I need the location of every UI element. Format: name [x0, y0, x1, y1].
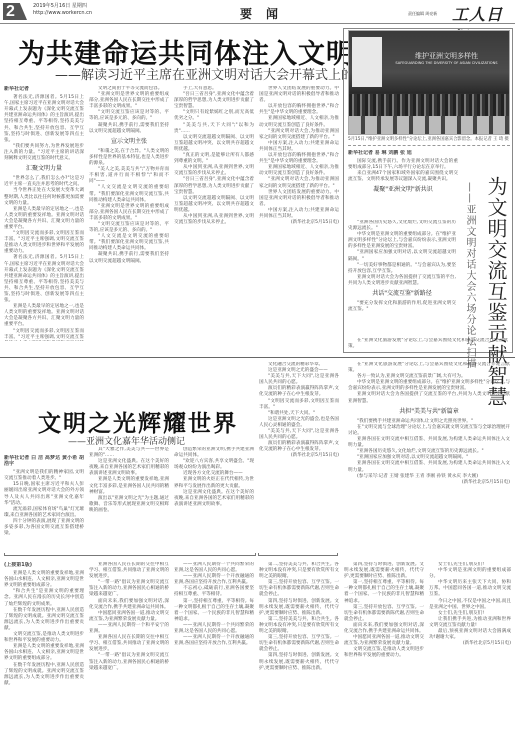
paragraph: 在"亚洲文化旅游发展"分论坛上,与会嘉宾围绕文化和旅游交流合作建言献策。 — [348, 362, 510, 374]
paragraph: 亚洲文明对话大会为各国提供了交流互鉴的平台,共同为人类文明进步贡献亚洲智慧。 — [348, 275, 456, 287]
section-title: 要闻 — [240, 5, 292, 22]
paragraph: 来自亚洲47个国家和域外国家的嘉宾围绕文明交流互鉴、文明传承发展等议题深入交流,… — [348, 171, 458, 183]
second-column-4: 文化融合交流的精彩华章。 这是亚洲文明之光的盛会—— "美美与共,天下大同",这… — [259, 362, 339, 547]
section-heading: 共话"交流互鉴"新路径 — [348, 291, 456, 297]
paragraph: "文明交流互鉴应该是对等的、平等的,应该是多元的、多向的。" — [89, 222, 169, 234]
paragraph: "亚洲文明是世界文明的重要组成部分,亚洲各国人民在长期交往中形成了丰富多彩的文明… — [89, 204, 169, 222]
continuation-column-2: 亚洲各国人民在长期的交往中相互学习、相互借鉴,共同推动了亚洲文明的发展进步。 "… — [89, 562, 169, 744]
paragraph: 在"亚洲文化旅游发展"分论坛上,与会嘉宾围绕文化和旅游交流合作建言献策。 — [348, 338, 508, 350]
paragraph: "亚洲国家应加强文明对话,以文明交流超越文明隔阂。" — [348, 250, 456, 262]
paragraph: 第四,坚持与时俱进、创新发展。文明永续发展,既需要薪火相传、代代守护,更需要顺时… — [259, 653, 339, 671]
paragraph: 不忘初心,砥砺前行,亚洲各国要坚持相互尊重、平等相待。 — [174, 586, 254, 598]
masthead: 2 2019年5月16日 星期四 http://www.workercn.cn … — [0, 0, 515, 24]
paragraph: 最后,预祝亚洲文明对话大会圆满成功!谢谢大家。 — [429, 629, 511, 641]
paragraph: "我们要共同努力,为世界发展进步注入新的力量。"习近平主席的讲话深刻阐释文明交流… — [4, 144, 84, 162]
paragraph: 第二,坚持美美与共、和合共生。各种文明本没有冲突,只是要有欣赏所有文明之美的眼睛… — [259, 562, 339, 580]
second-signature: (新华社北京5月15日电) — [259, 453, 339, 459]
paragraph: "亚洲文明对话大会,为推动亚洲国家之间的文明交流搭建了新的平台。" — [259, 129, 339, 141]
paragraph: "美人之美,美美与共";"万物并育而不相害,道并行而不相悖";"和而不同"—— — [89, 167, 169, 185]
paragraph: "亚洲文明对话大会,为推动亚洲国家之间的文明交流搭建了新的平台。" — [259, 177, 339, 189]
lead-column-4: 世界人文团结发展的重要动力。中国是亚洲文明对话的积极倡导者和推动者。 以开放包容… — [259, 86, 339, 341]
side-article-frame-bottom — [258, 553, 338, 556]
paragraph: 15日晚,国家主席习近平和夫人彭丽媛同出席亚洲文明对话大会的外方领导人及夫人共同… — [4, 482, 84, 506]
news-photo[interactable]: 维护亚洲文明多样性 SAFEGUARDING THE DIVERSITY OF … — [348, 30, 510, 135]
paragraph: 面向未来,我们要加强文明对话,深化交流合作,携手共建亚洲命运共同体。 — [344, 623, 424, 635]
paragraph: 文明交流互鉴,是推动人类文明进步和世界和平发展的重要动力。 — [344, 647, 424, 659]
paragraph: 凝聚共识,携手前行,需要我们坚持以文明交流超越文明隔阂。 — [89, 123, 169, 135]
section-divider — [0, 357, 515, 358]
website-url[interactable]: http://www.workercn.cn — [33, 10, 92, 17]
paragraph: 第三,坚持开放包容、互学互鉴。一切生命有机体都需要新陈代谢,否则生命就会停止。 — [259, 635, 339, 653]
paragraph: 从中国到亚洲,从亚洲到世界,文明交流互鉴的步伐从未停止。 — [174, 165, 254, 177]
paragraph: "吾日三省吾身",亚洲文化中蕴含着深厚的哲学思想,为人类文明进步贡献了宝贵智慧。 — [174, 92, 254, 110]
paragraph: "亚洲各国历史悠久,文化灿烂,文明交流互鉴的历史源远流长。" — [348, 220, 456, 232]
photo-banner-zh: 维护亚洲文明多样性 — [389, 53, 504, 60]
side-byline: 新华社记者 易 琳 刘鹏 张 旭 — [348, 150, 458, 156]
paragraph: 文明交流互鉴,是推动人类文明进步和世界和平发展的重要动力。 — [4, 632, 84, 644]
paragraph: "一切美好事物都是相通的。"与会嘉宾认为,要坚持开放包容,互学互鉴。 — [348, 263, 456, 275]
paragraph: "文明因交流而多彩,文明因互鉴而丰富。" — [259, 399, 339, 411]
continuation-column-4: 第二,坚持美美与共、和合共生。各种文明本没有冲突,只是要有欣赏所有文明之美的眼睛… — [259, 562, 339, 744]
page-number: 2 — [3, 3, 27, 20]
continuation-column-5: 第四,坚持与时俱进、创新发展。文明永续发展,既需要薪火相传、代代守护,更需要顺时… — [344, 562, 424, 744]
paragraph: 中华文明是亚洲文明的重要组成部分。在"维护亚洲文明多样性"分论坛上,与会嘉宾纷纷… — [348, 380, 510, 392]
paragraph: 亚洲文明对话大会为各国提供了交流互鉴的平台,共同为人类文明进步贡献亚洲智慧。 — [348, 392, 510, 404]
lead-signature: (新华社北京5月15日电) — [259, 220, 339, 226]
paragraph: "美美与共,天下大同",这是亚洲各国人民共同的心愿。 — [259, 429, 339, 441]
continuation-column-6: 女士们,先生们,朋友们! 中华文明是亚洲文明的重要组成部分。 中华文明历来主张天… — [429, 562, 511, 744]
paragraph: 以文明交流超越文明隔阂、以文明互鉴超越文明冲突、以文明共存超越文明优越。 — [174, 196, 254, 214]
paragraph: 亚洲是人类文明的重要发祥地,亚洲文化丰富多彩,是亚洲各国人民共同的精神财富。 — [89, 477, 169, 495]
section-heading: 共担"美美与共"新篇章 — [348, 409, 510, 415]
section-heading: 凝聚"亚洲文明"新共识 — [348, 187, 458, 193]
lead-column-2: 文明之间由于平等交流而包容。 "亚洲文明是世界文明的重要组成部分,亚洲各国人民在… — [89, 86, 169, 341]
paragraph: 当今世界正处在大发展大变革大调整时期,人类比以往任何时候都更加需要文明的力量。 — [4, 188, 84, 206]
paragraph: 中华文明是亚洲文明的重要组成部分。在"维护亚洲文明多样性"分论坛上,与会嘉宾纷纷… — [348, 232, 456, 250]
paragraph: "和羹之美,在于合异。"人类文明的多样性是世界的基本特征,也是人类进步的源泉。 — [89, 149, 169, 167]
paragraph: "世界怎么了,我们怎么办?"这是习近平主席一直关注并思考的时代之问。 — [4, 176, 84, 188]
paragraph: 亚洲各国在文明交流中相互借鉴、共同发展,为构建人类命运共同体注入文明力量。 — [348, 461, 510, 473]
second-article-frame-bottom — [4, 553, 256, 556]
paragraph: 中国方案,注入动力;共建亚洲命运共同体正当其时。 — [259, 208, 339, 220]
paragraph: 第四,坚持与时俱进、创新发展。文明永续发展,既需要薪火相传、代代守护,更需要顺时… — [344, 562, 424, 580]
paragraph: 今日之中国,不仅是中国之中国,而且是亚洲之中国、世界之中国。 — [429, 599, 511, 611]
paragraph: ——亚洲人民期待一个共同繁荣的亚洲,这是各国人民的共同心愿。 — [174, 623, 254, 635]
paragraph: "一带一路"倡议为亚洲文明交流互鉴注入新的动力,亚洲各国民心相通的桥梁越来越宽广… — [89, 653, 169, 671]
paragraph: 流光溢彩,国家体育场"鸟巢"灯光璀璨,来自亚洲各国的艺术家同台演出。 — [4, 507, 84, 519]
paragraph: ——亚洲人民期待一个和平安宁的亚洲。 — [89, 623, 169, 635]
issue-date: 2019年5月16日 星期四 — [33, 3, 92, 10]
paragraph: "美美与共,天下大同";"以和为贵"…… — [174, 123, 254, 135]
continuation-column-3: ——亚洲人民期待一个共同繁荣的亚洲,这是各国人民的共同心愿。 ——亚洲人民期待一… — [174, 562, 254, 744]
paragraph: 演员们的精彩表演赢得阵阵掌声,文化交流的种子在心中生根发芽。 — [259, 386, 339, 398]
paragraph: 亚洲是人类文明的重要发祥地,亚洲各国山水相连、人文相亲,亚洲文明是世界文明的重要… — [4, 644, 84, 662]
photo-banner-en: SAFEGUARDING THE DIVERSITY OF ASIAN CIVI… — [389, 60, 504, 67]
side-article-body-2-start: 在"亚洲文化旅游发展"分论坛上,与会嘉宾围绕文化和旅游交流合作建言献策。 — [348, 338, 508, 350]
second-column-3: 创造繁荣的亚洲文明,携手共建亚洲命运共同体。 "欢迎八方宾客,共享文明盛会。"现… — [174, 447, 254, 547]
paragraph: 第一,坚持相互尊重、平等相待。每一种文明都扎根于自己的生存土壤,凝聚着一个国家、… — [174, 599, 254, 623]
paragraph: 以文明交流超越文明隔阂、以文明互鉴超越文明冲突、以文明共存超越文明优越。 — [174, 135, 254, 153]
paragraph: 著名法无,济源国者。5月15日上午,国家主席习近平在亚洲文明对话大会开幕式上发表… — [4, 255, 84, 304]
photo-caption: 5月15日,"维护亚洲文明多样性"分论坛上,亚洲各国嘉宾合影留念。本报记者 王 … — [348, 137, 510, 146]
paragraph: 亚洲各国人民在长期的交往中相互学习、相互借鉴,共同推动了亚洲文明的发展进步。 — [89, 635, 169, 653]
paragraph: "美美与共,天下大同",这是亚洲各国人民共同的心愿。 — [259, 374, 339, 386]
paragraph: 第四,坚持与时俱进、创新发展。文明永续发展,既需要薪火相传、代代守护,更需要顺时… — [259, 599, 339, 617]
paragraph: "欢迎八方宾客,共享文明盛会。"现场观众纷纷为演出喝彩。 — [174, 459, 254, 471]
paragraph: ——亚洲人民期待一个开放融通的亚洲,各国应坚持开放合作,互利共赢。 — [174, 635, 254, 647]
paragraph: 世界人文团结发展的重要动力。中国是亚洲文明对话的积极倡导者和推动者。 — [259, 190, 339, 208]
paragraph: "人文交流是文明交流的重要纽带。"我们要深化亚洲文明交流互鉴,共同推动构建人类命… — [89, 234, 169, 252]
paragraph: "亚洲文明是世界文明的重要组成部分,亚洲各国人民在长期交往中形成了丰富多彩的文明… — [89, 92, 169, 110]
paragraph: "文明交流互鉴应该是对等的、平等的,应该是多元的、多向的。" — [89, 110, 169, 122]
photo-crowd — [349, 94, 509, 116]
paragraph: 这是亚洲文化盛典。在这个美好的夜晚,来自亚洲各国的艺术家们用精彩的表演讲述亚洲文… — [89, 459, 169, 477]
paragraph: 世界人文团结发展的重要动力。中国是亚洲文明对话的积极倡导者和推动者。 — [259, 86, 339, 104]
paragraph: "文明因交流而多彩,文明因互鉴而丰富。"习近平主席强调,文明交流互鉴是推动人类文… — [4, 329, 84, 341]
paragraph: 亚洲各国在文明交流中相互借鉴、共同发展,为构建人类命运共同体注入文明力量。 — [348, 437, 510, 449]
paragraph: 中华文明历来主张天下大同、协和万邦。中国愿同各国一道,推动文明交流互鉴。 — [429, 580, 511, 598]
paragraph: 第三,坚持开放包容、互学互鉴。一切生命有机体都需要新陈代谢,否则生命就会停止。 — [259, 580, 339, 598]
section-heading: 宣示文明主张 — [89, 139, 169, 145]
lead-column-1: 新华社记者 著名法无,济源国者。5月15日上午,国家主席习近平在亚洲文明对话大会… — [4, 86, 84, 341]
paragraph: 亚洲国家地域相近、人文相亲,为推动文明交流互鉴创造了良好条件。 — [259, 165, 339, 177]
paragraph: 面向未来,我们要加强文明对话,深化交流合作,携手共建亚洲命运共同体。 — [89, 599, 169, 611]
lead-column-3: 手上,大有意思。 "吾日三省吾身",亚洲文化中蕴含着深厚的哲学思想,为人类文明进… — [174, 86, 254, 341]
paragraph: 从中国到亚洲,从亚洲到世界,文明交流互鉴的步伐从未停止。 — [174, 214, 254, 226]
date-url-block: 2019年5月16日 星期四 http://www.workercn.cn — [33, 3, 92, 17]
paragraph: 以开放包容的胸怀拥抱世界,"和合共生"是中华文明的重要理念。 — [259, 104, 339, 116]
paragraph: "真正的文明,是能够让所有人都感到尊重的文明。" — [174, 153, 254, 165]
side-article-body-3: 在"亚洲文化旅游发展"分论坛上,与会嘉宾围绕文化和旅游交流合作建言献策。 各方一… — [348, 362, 510, 552]
paragraph: 这是亚洲文明之光的盛会,也是各国人民心灵相通的盛会。 — [259, 417, 339, 429]
paragraph: 国际交流,携手前行。作为亚洲文明对话大会的重要组成部分,15日下午,六场平行分论… — [348, 159, 458, 171]
paragraph: "要充分发挥文化和旅游的作用,促进亚洲文明交流互鉴。" — [348, 301, 456, 313]
second-byline: 新华社记者 白 洁 高梦达 黄小希 胡浩宇 — [4, 455, 84, 467]
paragraph: 创造繁荣的亚洲文明,携手共建亚洲命运共同体。 — [174, 447, 254, 459]
second-subheadline: ——亚洲文化嘉年华活动侧记 — [68, 434, 185, 447]
paragraph: 演出以"亚洲文明之光"为主题,通过歌舞、音乐等形式展现亚洲文明交相辉映的画卷。 — [89, 496, 169, 514]
photo-side-screen — [352, 37, 382, 87]
paragraph: 让我们携手共进,为推动亚洲和世界文明交流互鉴贡献力量! — [429, 617, 511, 629]
section-heading: 汇聚文明力量 — [4, 166, 84, 172]
paragraph: 以开放包容的胸怀拥抱世界,"和合共生"是中华文明的重要理念。 — [259, 153, 339, 165]
paragraph: 其"大雅之作,美美与共——世界是亚洲的"…… — [89, 447, 169, 459]
paragraph: 四十分钟的表演,展现了亚洲文明的多姿多彩,为各国文明交流互鉴搭建桥梁。 — [4, 519, 84, 537]
paragraph: 亚洲各国人民在长期的交往中相互学习、相互借鉴,共同推动了亚洲文明的发展进步。 — [89, 562, 169, 580]
paragraph: 凝聚共识,携手前行,需要我们坚持以文明交流超越文明隔阂。 — [89, 252, 169, 264]
photo-seats — [349, 116, 509, 134]
paragraph: 中国方案,注入动力;共建亚洲命运共同体正当其时。 — [259, 141, 339, 153]
continuation-signature: (新华社北京5月15日电) — [429, 641, 511, 647]
paragraph: 在"文明交流与全球治理"分论坛上,与会嘉宾就文明交流互鉴与全球治理展开讨论。 — [348, 425, 510, 437]
second-column-2: 其"大雅之作,美美与共——世界是亚洲的"…… 这是亚洲文化盛典。在这个美好的夜晚… — [89, 447, 169, 547]
paragraph: "一带一路"倡议为亚洲文明交流互鉴注入新的动力,亚洲各国民心相通的桥梁越来越宽广… — [89, 580, 169, 598]
paragraph: 著名法无,济源国者。5月15日上午,国家主席习近平在亚洲文明对话大会开幕式上发表… — [4, 95, 84, 144]
paragraph: "亚洲文明是我们的精神家园,文明交流互鉴推动着人类进步。" — [4, 470, 84, 482]
paragraph: "人文交流是文明交流的重要纽带。"我们要深化亚洲文明交流互鉴,共同推动构建人类命… — [89, 185, 169, 203]
paragraph: ——亚洲人民期待一个共同繁荣的亚洲,这是各国人民的共同心愿。 — [174, 562, 254, 574]
side-article-intro: 新华社记者 易 琳 刘鹏 张 旭 国际交流,携手前行。作为亚洲文明对话大会的重要… — [348, 150, 458, 220]
second-column-1: 新华社记者 白 洁 高梦达 黄小希 胡浩宇 "亚洲文明是我们的精神家园,文明交流… — [4, 455, 84, 547]
paragraph: 演员们的精彩表演赢得阵阵掌声,文化交流的种子在心中生根发芽。 — [259, 441, 339, 453]
paragraph: 亚洲国家地域相近、人文相亲,为推动文明交流互鉴创造了良好条件。 — [259, 116, 339, 128]
paragraph: "和合共生"是亚洲文明的重要理念。亚洲人民在漫长的历史长河中创造了灿烂辉煌的文明… — [4, 589, 84, 607]
responsible-editor: 责任编辑 周亮新 — [408, 11, 437, 17]
paragraph: ——亚洲人民期待一个开放融通的亚洲,各国应坚持开放合作,互利共赢。 — [174, 574, 254, 586]
paragraph: "文明只有姹紫嫣红之别,而无高低优劣之分。" — [174, 110, 254, 122]
paragraph: 亚洲文明的火炬正在代代相传,为世界和平与发展作出新的更大贡献。 — [174, 477, 254, 489]
paragraph: 第三,坚持开放包容、互学互鉴。一切生命有机体都需要新陈代谢,否则生命就会停止。 — [344, 605, 424, 623]
paragraph: 亚洲是人类最早的定居地之一,也是人类文明的重要发祥地。亚洲文明对话大会是凝聚各方… — [4, 304, 84, 328]
paragraph: 在数千年发展历程中,亚洲人民创造了辉煌的文明成就。亚洲文明交流互鉴源远流长,为人… — [4, 608, 84, 632]
continuation-label: (上接第1版) — [4, 562, 84, 568]
paragraph: 这是亚洲文化盛典。在这个美好的夜晚,来自亚洲各国的艺术家们用精彩的表演讲述亚洲文… — [174, 490, 254, 508]
paragraph: 第二,坚持美美与共、和合共生。各种文明本没有冲突,只是要有欣赏所有文明之美的眼睛… — [259, 617, 339, 635]
paragraph: 中华文明是亚洲文明的重要组成部分。 — [429, 568, 511, 580]
paragraph: 亚洲是人类最早的定居地之一,也是人类文明的重要发祥地。亚洲文明对话大会是凝聚各方… — [4, 207, 84, 231]
paragraph: "吾日三省吾身",亚洲文化中蕴含着深厚的哲学思想,为人类文明进步贡献了宝贵智慧。 — [174, 177, 254, 195]
paragraph: 在数千年发展历程中,亚洲人民创造了辉煌的文明成就。亚洲文明交流互鉴源远流长,为人… — [4, 663, 84, 687]
paragraph: "文明因交流而多彩,文明因互鉴而丰富。"习近平主席强调,文明交流互鉴是推动人类文… — [4, 231, 84, 255]
paragraph: 中国愿同亚洲各国一道,推动文明交流互鉴,为亚洲繁荣发展贡献力量。 — [89, 611, 169, 623]
continuation-column-1: (上接第1版) 亚洲是人类文明的重要发祥地,亚洲各国山水相连、人文相亲,亚洲文明… — [4, 562, 84, 744]
photo-banner: 维护亚洲文明多样性 SAFEGUARDING THE DIVERSITY OF … — [389, 53, 504, 67]
paragraph: 中国愿同亚洲各国一道,推动文明交流互鉴,为亚洲繁荣发展贡献力量。 — [344, 635, 424, 647]
lead-byline: 新华社记者 — [4, 86, 84, 92]
paragraph: 亚洲是人类文明的重要发祥地,亚洲各国山水相连、人文相亲,亚洲文明是世界文明的重要… — [4, 571, 84, 589]
side-signature: (新华社北京5月15日电) — [348, 480, 510, 486]
side-article-body-1: "亚洲各国历史悠久,文化灿烂,文明交流互鉴的历史源远流长。" 中华文明是亚洲文明… — [348, 220, 456, 338]
paragraph: 第一,坚持相互尊重、平等相待。每一种文明都扎根于自己的生存土壤,凝聚着一个国家、… — [344, 580, 424, 604]
